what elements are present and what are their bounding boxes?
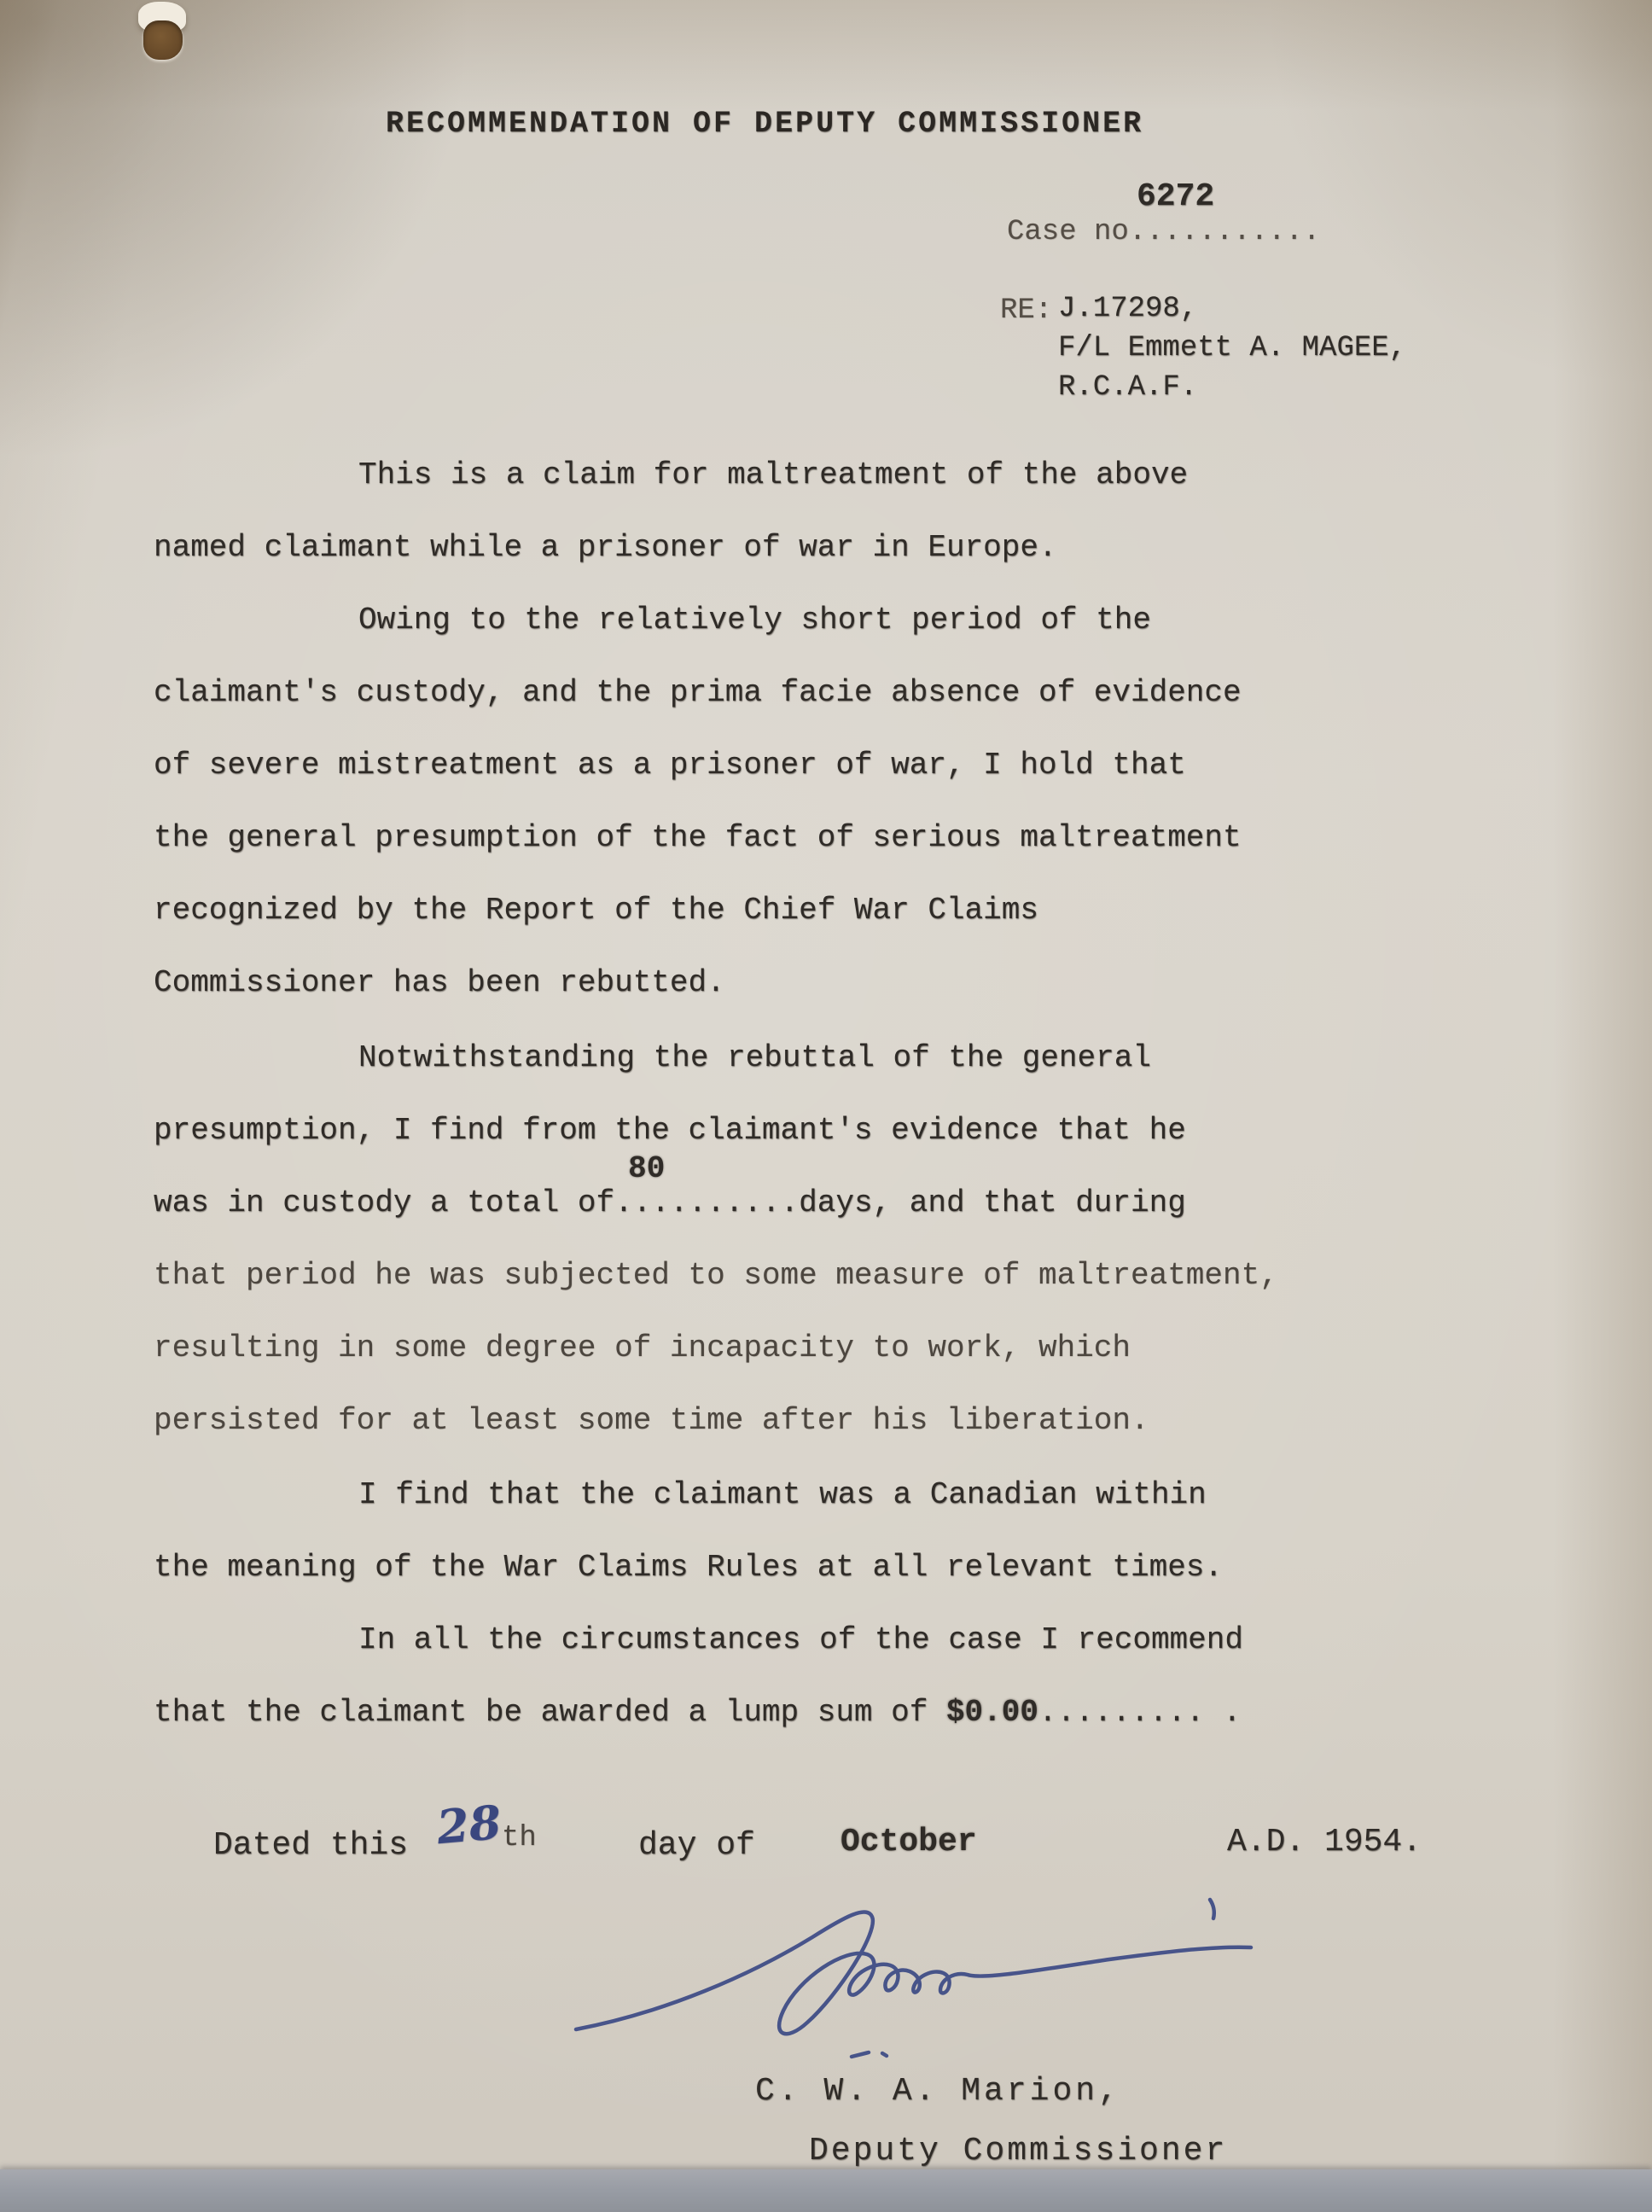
body-line: of severe mistreatment as a prisoner of …	[154, 747, 1186, 783]
case-number-value: 6272	[1137, 178, 1214, 217]
body-line: the meaning of the War Claims Rules at a…	[154, 1549, 1223, 1586]
body-line: In all the circumstances of the case I r…	[358, 1621, 1243, 1658]
inserted-days-value: 80	[628, 1150, 665, 1187]
body-line: presumption, I find from the claimant's …	[154, 1112, 1186, 1149]
signatory-name: C. W. A. Marion,	[755, 2072, 1121, 2111]
re-service-branch: R.C.A.F.	[1058, 370, 1197, 405]
hole-cavity	[143, 20, 183, 60]
body-line: recognized by the Report of the Chief Wa…	[154, 892, 1038, 928]
punch-hole	[133, 2, 193, 67]
body-line: persisted for at least some time after h…	[154, 1402, 1149, 1439]
body-line: named claimant while a prisoner of war i…	[154, 529, 1057, 566]
table-edge-strip	[0, 2169, 1652, 2212]
body-line: Commissioner has been rebutted.	[154, 964, 725, 1001]
custody-dots: ..........	[614, 1185, 799, 1220]
signatory-title: Deputy Commissioner	[809, 2132, 1227, 2171]
award-end-period: .	[1204, 1695, 1241, 1730]
custody-suffix: days, and that during	[799, 1185, 1186, 1220]
re-label: RE:	[1000, 294, 1052, 329]
body-line: Notwithstanding the rebuttal of the gene…	[358, 1039, 1151, 1076]
award-prefix: that the claimant be awarded a lump sum …	[154, 1695, 946, 1730]
dated-day-suffix: th	[502, 1821, 537, 1856]
re-claimant-name: F/L Emmett A. MAGEE,	[1058, 331, 1406, 366]
dated-middle: day of	[638, 1826, 755, 1866]
body-line: Owing to the relatively short period of …	[358, 602, 1151, 638]
body-line: resulting in some degree of incapacity t…	[154, 1330, 1131, 1366]
dated-month: October	[841, 1823, 977, 1862]
signature-ink-stroke	[563, 1893, 1271, 2081]
re-service-number: J.17298,	[1058, 292, 1197, 327]
award-dots: .........	[1038, 1695, 1204, 1730]
custody-dotted-leader: ..........80	[614, 1185, 799, 1221]
case-number-dots: ...........	[1129, 216, 1320, 248]
body-line: This is a claim for maltreatment of the …	[358, 457, 1188, 493]
dated-year: A.D. 1954.	[1227, 1823, 1422, 1862]
body-line: that period he was subjected to some mea…	[154, 1257, 1278, 1294]
body-line-award: that the claimant be awarded a lump sum …	[154, 1694, 1242, 1731]
case-number-line: Case no...........	[1007, 215, 1320, 250]
body-line: claimant's custody, and the prima facie …	[154, 674, 1242, 711]
body-line: I find that the claimant was a Canadian …	[358, 1476, 1207, 1513]
award-amount-value: $0.00	[946, 1695, 1038, 1730]
custody-prefix: was in custody a total of	[154, 1185, 614, 1220]
document-page: RECOMMENDATION OF DEPUTY COMMISSIONER Ca…	[0, 0, 1652, 2212]
document-title: RECOMMENDATION OF DEPUTY COMMISSIONER	[386, 106, 1143, 142]
dated-prefix: Dated this	[213, 1826, 408, 1866]
handwritten-day: 28	[434, 1795, 503, 1855]
body-line-custody: was in custody a total of..........80day…	[154, 1185, 1186, 1221]
case-number-label: Case no	[1007, 216, 1129, 248]
body-line: the general presumption of the fact of s…	[154, 819, 1242, 856]
